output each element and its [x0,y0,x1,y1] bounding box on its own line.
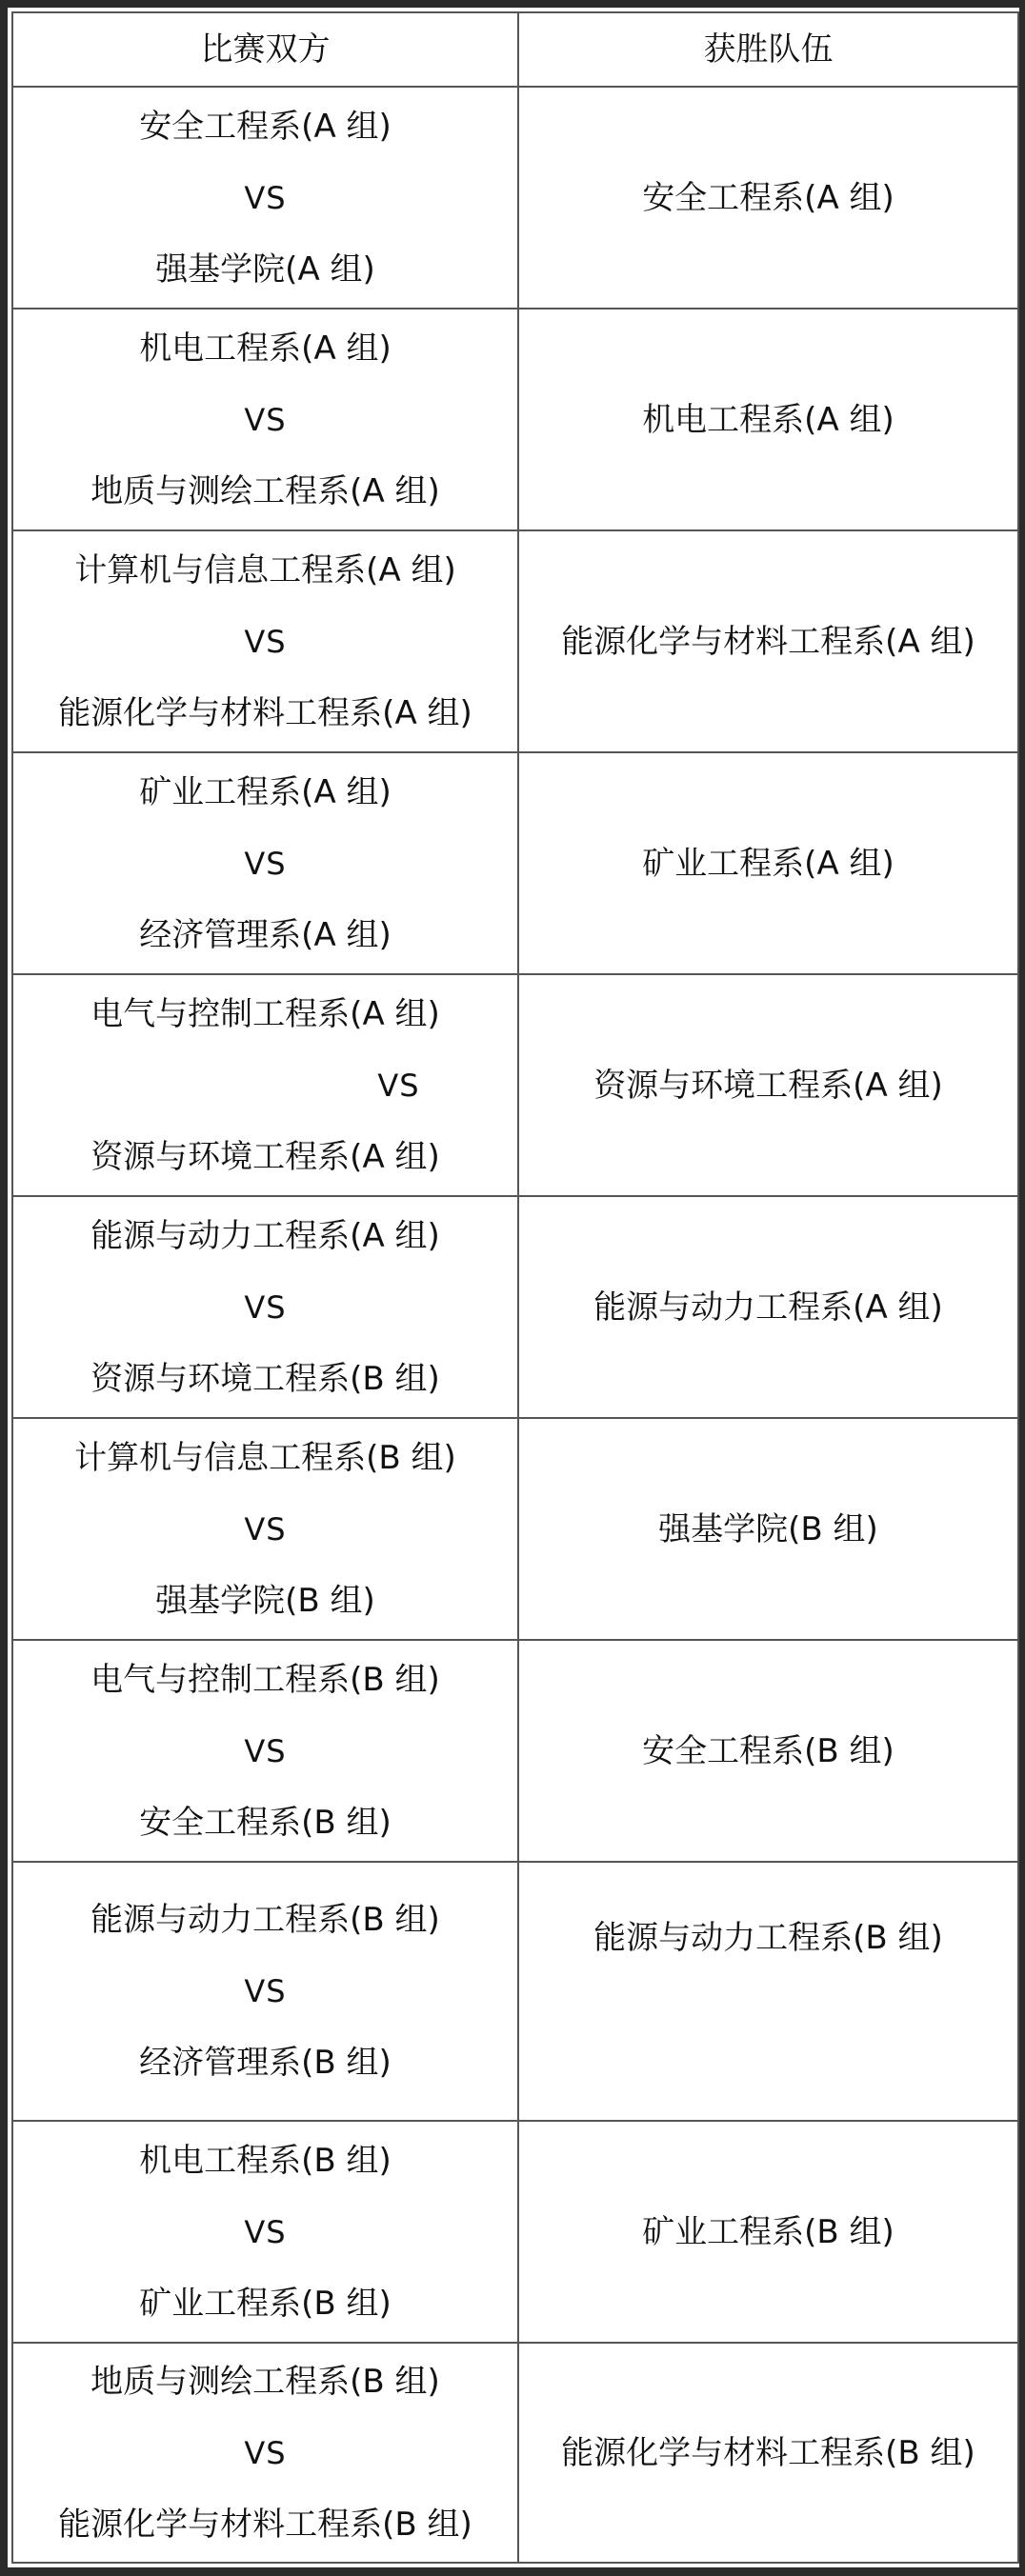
team-1: 安全工程系(A 组) [139,110,392,143]
matchup-cell: 机电工程系(A 组) VS 地质与测绘工程系(A 组) [12,309,518,530]
team-1: 矿业工程系(A 组) [139,776,392,809]
vs-label: VS [244,405,286,435]
team-2: 地质与测绘工程系(A 组) [90,475,440,508]
team-1: 能源与动力工程系(B 组) [90,1904,440,1936]
vs-label: VS [244,849,286,879]
team-1: 电气与控制工程系(A 组) [90,998,440,1030]
team-1: 机电工程系(B 组) [139,2145,392,2177]
winner-name: 机电工程系(A 组) [642,401,894,439]
team-2: 强基学院(B 组) [155,1585,375,1617]
winner-name: 矿业工程系(A 组) [642,845,894,883]
vs-label: VS [244,1514,286,1545]
matchup-cell: 地质与测绘工程系(B 组) VS 能源化学与材料工程系(B 组) [12,2343,518,2563]
team-2: 矿业工程系(B 组) [139,2287,392,2320]
table-row: 计算机与信息工程系(B 组) VS 强基学院(B 组) 强基学院(B 组) [12,1418,1018,1640]
table-row: 机电工程系(B 组) VS 矿业工程系(B 组) 矿业工程系(B 组) [12,2121,1018,2343]
table-row: 电气与控制工程系(B 组) VS 安全工程系(B 组) 安全工程系(B 组) [12,1640,1018,1862]
table-row: 安全工程系(A 组) VS 强基学院(A 组) 安全工程系(A 组) [12,87,1018,309]
team-2: 能源化学与材料工程系(A 组) [58,697,472,729]
team-2: 能源化学与材料工程系(B 组) [58,2508,472,2541]
match-results-table: 比赛双方 获胜队伍 安全工程系(A 组) VS 强基学院(A 组) 安全工程系(… [11,11,1019,2564]
vs-label: VS [244,183,286,213]
winner-cell: 强基学院(B 组) [518,1418,1018,1640]
team-2: 资源与环境工程系(B 组) [90,1363,440,1395]
winner-cell: 能源与动力工程系(A 组) [518,1196,1018,1418]
team-1: 计算机与信息工程系(A 组) [74,554,456,587]
winner-cell: 安全工程系(A 组) [518,87,1018,309]
team-2: 经济管理系(A 组) [139,919,392,951]
winner-name: 安全工程系(B 组) [642,1732,894,1770]
winner-name: 能源化学与材料工程系(B 组) [561,2434,975,2472]
vs-label: VS [244,1976,286,2007]
team-1: 能源与动力工程系(A 组) [90,1220,440,1252]
team-1: 机电工程系(A 组) [139,332,392,365]
matchup-cell: 计算机与信息工程系(A 组) VS 能源化学与材料工程系(A 组) [12,530,518,752]
vs-label: VS [244,627,286,657]
matchup-cell: 矿业工程系(A 组) VS 经济管理系(A 组) [12,752,518,974]
winner-name: 能源与动力工程系(B 组) [593,1919,943,1957]
matchup-cell: 机电工程系(B 组) VS 矿业工程系(B 组) [12,2121,518,2343]
vs-label: VS [244,1736,286,1767]
winner-cell: 资源与环境工程系(A 组) [518,974,1018,1196]
matchup-cell: 电气与控制工程系(B 组) VS 安全工程系(B 组) [12,1640,518,1862]
table-row: 机电工程系(A 组) VS 地质与测绘工程系(A 组) 机电工程系(A 组) [12,309,1018,530]
winner-name: 强基学院(B 组) [658,1510,878,1548]
winner-name: 安全工程系(A 组) [642,179,894,217]
winner-cell: 矿业工程系(B 组) [518,2121,1018,2343]
vs-label: VS [377,1070,419,1101]
vs-label: VS [244,2438,286,2468]
team-2: 强基学院(A 组) [155,253,375,286]
winner-cell: 能源化学与材料工程系(A 组) [518,530,1018,752]
table-row: 电气与控制工程系(A 组) VS 资源与环境工程系(A 组) 资源与环境工程系(… [12,974,1018,1196]
winner-name: 能源与动力工程系(A 组) [593,1288,943,1327]
vs-label: VS [244,1292,286,1323]
team-1: 电气与控制工程系(B 组) [90,1664,440,1696]
results-sheet: 比赛双方 获胜队伍 安全工程系(A 组) VS 强基学院(A 组) 安全工程系(… [8,8,1019,2567]
winner-cell: 机电工程系(A 组) [518,309,1018,530]
team-2: 资源与环境工程系(A 组) [90,1141,440,1173]
table-row: 计算机与信息工程系(A 组) VS 能源化学与材料工程系(A 组) 能源化学与材… [12,530,1018,752]
header-winner: 获胜队伍 [518,12,1018,87]
header-row: 比赛双方 获胜队伍 [12,12,1018,87]
team-1: 计算机与信息工程系(B 组) [74,1442,456,1474]
vs-label: VS [244,2217,286,2247]
table-row: 矿业工程系(A 组) VS 经济管理系(A 组) 矿业工程系(A 组) [12,752,1018,974]
winner-cell: 矿业工程系(A 组) [518,752,1018,974]
team-1: 地质与测绘工程系(B 组) [90,2366,440,2398]
winner-name: 资源与环境工程系(A 组) [593,1067,943,1105]
matchup-cell: 电气与控制工程系(A 组) VS 资源与环境工程系(A 组) [12,974,518,1196]
table-row: 地质与测绘工程系(B 组) VS 能源化学与材料工程系(B 组) 能源化学与材料… [12,2343,1018,2563]
header-matchup: 比赛双方 [12,12,518,87]
winner-cell: 安全工程系(B 组) [518,1640,1018,1862]
matchup-cell: 能源与动力工程系(B 组) VS 经济管理系(B 组) [12,1862,518,2121]
team-2: 安全工程系(B 组) [139,1807,392,1839]
matchup-cell: 计算机与信息工程系(B 组) VS 强基学院(B 组) [12,1418,518,1640]
table-row: 能源与动力工程系(B 组) VS 经济管理系(B 组) 能源与动力工程系(B 组… [12,1862,1018,2121]
table-row: 能源与动力工程系(A 组) VS 资源与环境工程系(B 组) 能源与动力工程系(… [12,1196,1018,1418]
team-2: 经济管理系(B 组) [139,2047,392,2079]
winner-name: 矿业工程系(B 组) [642,2213,894,2251]
winner-name: 能源化学与材料工程系(A 组) [561,623,975,661]
matchup-cell: 能源与动力工程系(A 组) VS 资源与环境工程系(B 组) [12,1196,518,1418]
matchup-cell: 安全工程系(A 组) VS 强基学院(A 组) [12,87,518,309]
winner-cell: 能源化学与材料工程系(B 组) [518,2343,1018,2563]
winner-cell: 能源与动力工程系(B 组) [518,1862,1018,2121]
